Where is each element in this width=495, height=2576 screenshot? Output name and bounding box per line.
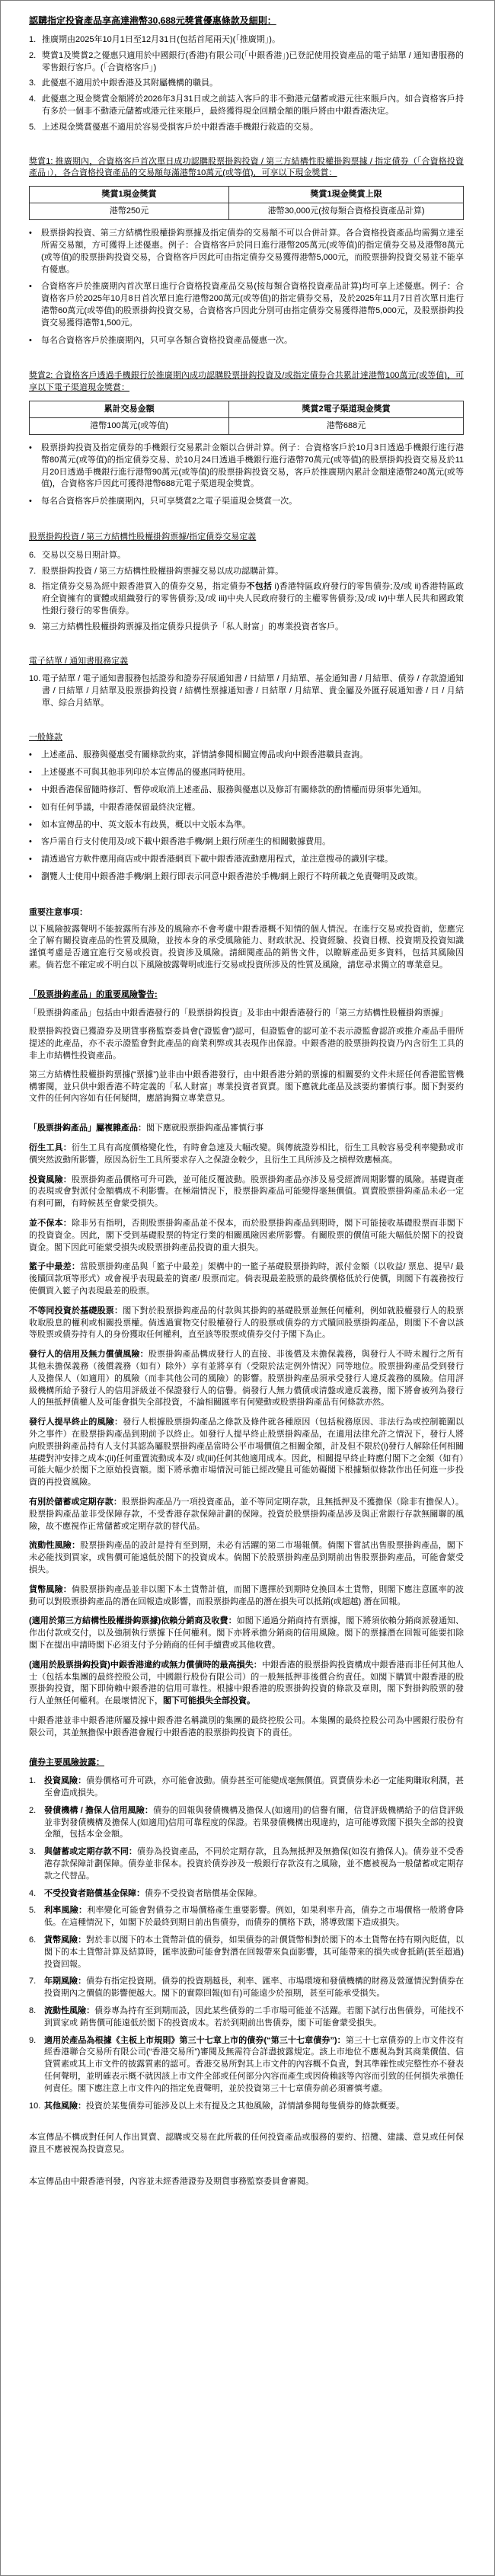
bullet-text: 請透過官方軟件應用商店或中銀香港網頁下載中銀香港流動應用程式，並注意搜尋的識別字…: [41, 854, 464, 866]
term-item-5: 5. 上述現金獎賞優惠不適用於容易受損客戶於中銀香港手機銀行敍造的交易。: [29, 122, 464, 134]
bond-risk-item-1: 1. 投資風險：債券價格可升可跌，亦可能會波動。債券甚至可能變成毫無價值。買賣債…: [29, 1775, 464, 1800]
term-text: 獎賞1及獎賞2之優惠只適用於中國銀行(香港)有限公司(「中銀香港」)已登記使用投…: [42, 50, 464, 75]
bond-risk-text: 投資風險：債券價格可升可跌，亦可能會波動。債券甚至可能變成毫無價值。買賣債券未必…: [44, 1775, 464, 1800]
risk-paragraph-not-same-as-underlying: 不等同投資於基礎股票：閣下對於股票掛鈎產品的付款與其掛鈎的基礎股票並無任何權利，…: [29, 1306, 464, 1341]
reward1-table-header-cell: 獎賞1現金獎賞上限: [229, 187, 464, 203]
risk-label: 流動性風險：: [29, 1541, 80, 1550]
term-number: 4.: [29, 94, 42, 118]
term-number: 3.: [29, 1846, 44, 1882]
elp-risk-paragraphs: 「股票掛鈎產品」屬複雜產品：閣下應就股票掛鈎產品審慎行事 衍生工具：衍生工具有高…: [29, 1123, 464, 1739]
bullet-text: 中銀香港保留隨時修訂、暫停或取消上述產品、服務與優惠以及修訂有關條款的酌情權而毋…: [41, 785, 464, 797]
bond-risk-text: 發債機構 / 擔保人信用風險：債券的回報與發債機構及擔保人(如適用)的信譽有關，…: [44, 1805, 464, 1841]
term-text: 此優惠不適用於中銀香港及其附屬機構的職員。: [42, 78, 464, 90]
risk-text: 衍生工具有高度價格變化性，有時會急速及大幅改變。與傳統證券相比，衍生工具較容易受…: [29, 1143, 464, 1165]
risk-text: 閣下應就股票掛鈎產品審慎行事: [146, 1123, 263, 1133]
general-bullet-8: • 瀏覽人士使用中銀香港手機/網上銀行即表示同意中銀香港於手機/網上銀行不時所載…: [29, 871, 464, 884]
general-conditions-heading: 一般條款: [29, 732, 464, 744]
bullet-icon: •: [29, 854, 41, 866]
bullet-text: 股票掛鈎投資及指定債券的手機銀行交易累計金額以合併計算。例子：合資格客戶於10月…: [41, 443, 464, 491]
bond-risk-item-5: 5. 利率風險：利率變化可能會對債券之市場價格產生重要影響。例如，如果利率升高，…: [29, 1905, 464, 1929]
reward1-table: 獎賞1現金獎賞 獎賞1現金獎賞上限 港幣250元 港幣30,000元(按每類合資…: [29, 186, 464, 220]
elp-warning-paragraph: 「股票掛鈎產品」包括由中銀香港發行的「股票掛鈎投資」及非由中銀香港發行的「第三方…: [29, 1008, 464, 1020]
risk-paragraph-holding-company-note: 中銀香港並非中銀香港所屬及據中銀香港名稱識別的集團的最終控股公司。本集團的最終控…: [29, 1715, 464, 1740]
bond-risk-disclosure-section: 債券主要風險披露： 1. 投資風險：債券價格可升可跌，亦可能會波動。債券甚至可能…: [29, 1757, 464, 2112]
bond-risk-text: 與儲蓄或定期存款不同：債券為投資產品，不同於定期存款，且為無抵押及無擔保(如沒有…: [44, 1846, 464, 1882]
risk-label: 貨幣風險：: [29, 1585, 72, 1594]
important-notes-heading: 重要注意事項：: [29, 907, 464, 919]
document-title: 認購指定投資產品享高達港幣30,688元獎賞優惠條款及細則：: [29, 14, 464, 27]
bond-risk-text: 不受投資者賠償基金保障：債券不受投資者賠償基金保障。: [44, 1888, 464, 1900]
reward1-bullet-1: • 股票掛鈎投資、第三方結構性股權掛鈎票據及指定債券的交易額不可以合併計算。各合…: [29, 228, 464, 276]
term-text: 指定債券交易為經中銀香港買入的債券交易，指定債券不包括 i)香港特區政府發行的零…: [42, 581, 464, 617]
risk-paragraph-issuer-credit-insolvency: 發行人的信用及無力償債風險：股票掛鈎產品構成發行人的直接、非後償及未擔保義務，與…: [29, 1349, 464, 1409]
reward1-heading: 獎賞1: 推廣期內，合資格客戶首次單日成功認購股票掛鈎投資 / 第三方結構性股權…: [29, 156, 464, 181]
risk-paragraph-complex-product: 「股票掛鈎產品」屬複雜產品：閣下應就股票掛鈎產品審慎行事: [29, 1123, 464, 1135]
risk-text: 債券專為持有至到期而設，因此某些債券的二手市場可能並不活躍。若閣下試行出售債券，…: [44, 2006, 464, 2028]
risk-label: (適用於股票掛鈎投資)中銀香港違約或無力償債時的最高損失：: [29, 1660, 262, 1670]
term-number: 5.: [29, 122, 42, 134]
bond-risk-item-7: 7. 年期風險：債券有指定投資期。債券的投資期越長，利率、匯率、市場環境和發債機…: [29, 1976, 464, 2000]
estatement-heading: 電子結單 / 通知書服務定義: [29, 656, 464, 668]
elp-warning-paragraph: 股票掛鈎投資已獲證券及期貨事務監察委員會(“證監會”)認可，但證監會的認可並不表…: [29, 1026, 464, 1062]
term-item-4: 4. 此優惠之現金獎賞金額將於2026年3月31日或之前誌入客戶的非不動港元儲蓄…: [29, 94, 464, 118]
bond-risk-text: 適用於產品為根據《主板上市規則》第三十七章上市的債券(“第三十七章債券”)：第三…: [44, 2035, 464, 2095]
bond-risk-item-4: 4. 不受投資者賠償基金保障：債券不受投資者賠償基金保障。: [29, 1888, 464, 1900]
bullet-text: 合資格客戶於推廣期內首次單日進行合資格投資產品交易(按每類合資格投資產品計算)均…: [41, 281, 464, 329]
term-number: 9.: [29, 2035, 44, 2095]
elp-warning-heading: 「股票掛鈎產品」的重要風險警告:: [29, 989, 464, 1002]
bond-risk-text: 貨幣風險：對於非以閣下的本土貨幣計值的債券，如果債券的計價貨幣相對於閣下的本土貨…: [44, 1935, 464, 1970]
bond-risk-text: 其他風險：投資於某隻債券可能涉及以上未有提及之其他風險，詳情請參閱每隻債券的條款…: [44, 2101, 464, 2113]
definition-item-9: 9. 第三方結構性股權掛鈎票據及指定債券只提供予「私人財富」的專業投資者客戶。: [29, 622, 464, 634]
risk-paragraph-distributor-reliance-fees: (適用於第三方結構性股權掛鈎票據)依賴分銷商及收費：如閣下通過分銷商持有票據，閣…: [29, 1616, 464, 1651]
definition-item-10: 10. 電子結單 / 電子通知書服務包括證券和證券孖展通知書 / 日結單 / 月…: [29, 673, 464, 709]
risk-label: 其他風險：: [44, 2101, 86, 2111]
bond-risk-item-8: 8. 流動性風險：債券專為持有至到期而設，因此某些債券的二手市場可能並不活躍。若…: [29, 2006, 464, 2030]
risk-label: 流動性風險：: [44, 2006, 94, 2015]
risk-label: 發行人的信用及無力償債風險：: [29, 1350, 148, 1359]
risk-text: 股票掛鈎產品的設計是持有至到期，未必有活躍的第二市場報價。倘閣下嘗試出售股票掛鈎…: [29, 1541, 464, 1574]
term-number: 7.: [29, 1976, 44, 2000]
general-bullet-2: • 上述優惠不可與其他非列印於本宣傳品的優惠同時使用。: [29, 767, 464, 779]
bullet-text: 股票掛鈎投資、第三方結構性股權掛鈎票據及指定債券的交易額不可以合併計算。各合資格…: [41, 228, 464, 276]
general-terms-list: 1. 推廣期由2025年10月1日至12月31日(包括首尾兩天)(「推廣期」)。…: [29, 34, 464, 134]
reward1-table-header-row: 獎賞1現金獎賞 獎賞1現金獎賞上限: [30, 187, 464, 203]
term-text: 推廣期由2025年10月1日至12月31日(包括首尾兩天)(「推廣期」)。: [42, 34, 464, 46]
reward2-table-cell: 港幣100萬元(或等值): [30, 417, 229, 434]
reward2-table-cell: 港幣688元: [229, 417, 464, 434]
term-number: 5.: [29, 1905, 44, 1929]
term-number: 7.: [29, 566, 42, 578]
bullet-text: 每名合資格客戶於推廣期內，只可享各類合資格投資產品優惠一次。: [41, 335, 464, 347]
definition-item-8: 8. 指定債券交易為經中銀香港買入的債券交易，指定債券不包括 i)香港特區政府發…: [29, 581, 464, 617]
term-text-bold: 不包括: [247, 582, 273, 591]
risk-label: 籃子中最差：: [29, 1262, 80, 1271]
bullet-text: 客戶需自行支付使用及/或下載中銀香港手機/網上銀行所產生的相關數據費用。: [41, 836, 464, 849]
reward2-bullet-1: • 股票掛鈎投資及指定債券的手機銀行交易累計金額以合併計算。例子：合資格客戶於1…: [29, 443, 464, 491]
term-number: 10.: [29, 673, 42, 709]
reward1-table-cell: 港幣250元: [30, 203, 229, 220]
risk-paragraph-investment-risk: 投資風險：股票掛鈎產品價格可升可跌，並可能反覆波動。股票掛鈎產品亦涉及易受經濟周…: [29, 1175, 464, 1210]
term-number: 2.: [29, 50, 42, 75]
general-bullet-7: • 請透過官方軟件應用商店或中銀香港網頁下載中銀香港流動應用程式，並注意搜尋的識…: [29, 854, 464, 866]
risk-text: 投資於某隻債券可能涉及以上未有提及之其他風險，詳情請參閱每隻債券的條款概要。: [86, 2101, 404, 2111]
term-number: 10.: [29, 2101, 44, 2113]
bullet-text: 上述產品、服務與優惠受有關條款約束，詳情請參閱相關宣傳品或向中銀香港職員查詢。: [41, 749, 464, 762]
bond-risk-item-6: 6. 貨幣風險：對於非以閣下的本土貨幣計值的債券，如果債券的計價貨幣相對於閣下的…: [29, 1935, 464, 1970]
risk-label: 發行人提早終止的風險：: [29, 1417, 123, 1427]
term-number: 6.: [29, 1935, 44, 1970]
bond-risk-text: 年期風險：債券有指定投資期。債券的投資期越長，利率、匯率、市場環境和發債機構的財…: [44, 1976, 464, 2000]
risk-label: 發債機構 / 擔保人信用風險：: [44, 1806, 153, 1815]
elp-risk-warning-section: 「股票掛鈎產品」的重要風險警告: 「股票掛鈎產品」包括由中銀香港發行的「股票掛鈎…: [29, 989, 464, 1105]
risk-text: 債券有指定投資期。債券的投資期越長，利率、匯率、市場環境和發債機構的財務及營運情…: [44, 1977, 464, 1998]
term-number: 1.: [29, 34, 42, 46]
term-item-2: 2. 獎賞1及獎賞2之優惠只適用於中國銀行(香港)有限公司(「中銀香港」)已登記…: [29, 50, 464, 75]
general-bullet-5: • 如本宣傳品的中、英文版本有歧異，概以中文版本為準。: [29, 820, 464, 832]
definition-item-6: 6. 交易以交易日期計算。: [29, 550, 464, 562]
risk-label: 並不保本：: [29, 1219, 72, 1228]
bond-risk-heading: 債券主要風險披露：: [29, 1757, 464, 1769]
term-text: 電子結單 / 電子通知書服務包括證券和證券孖展通知書 / 日結單 / 月結單、基…: [42, 673, 464, 709]
term-number: 3.: [29, 78, 42, 90]
risk-label: 適用於產品為根據《主板上市規則》第三十七章上市的債券(“第三十七章債券”)：: [44, 2036, 346, 2045]
bullet-icon: •: [29, 281, 41, 329]
general-bullet-6: • 客戶需自行支付使用及/或下載中銀香港手機/網上銀行所產生的相關數據費用。: [29, 836, 464, 849]
risk-paragraph-not-principal-protected: 並不保本：除非另有指明，否則股票掛鈎產品並不保本，而於股票掛鈎產品到期時，閣下可…: [29, 1218, 464, 1254]
risk-label: 不等同投資於基礎股票：: [29, 1306, 123, 1315]
risk-paragraph-early-termination: 發行人提早終止的風險：發行人根據股票掛鈎產品之條款及條件就各種原因（包括稅務原因…: [29, 1417, 464, 1489]
term-text: 股票掛鈎投資 / 第三方結構性股權掛鈎票據交易以成功認購計算。: [42, 566, 464, 578]
bullet-text: 如本宣傳品的中、英文版本有歧異，概以中文版本為準。: [41, 820, 464, 832]
general-conditions-section: 一般條款 • 上述產品、服務與優惠受有關條款約束，詳情請參閱相關宣傳品或向中銀香…: [29, 732, 464, 884]
terms-document-page: 認購指定投資產品享高達港幣30,688元獎賞優惠條款及細則： 1. 推廣期由20…: [0, 0, 495, 2576]
risk-text: 除非另有指明，否則股票掛鈎產品並不保本，而於股票掛鈎產品到期時，閣下可能接收基礎…: [29, 1219, 464, 1252]
risk-text: 中銀香港並非中銀香港所屬及據中銀香港名稱識別的集團的最終控股公司。本集團的最終控…: [29, 1716, 464, 1737]
risk-text-bold-tail: 閣下可能損失全部投資。: [163, 1696, 255, 1705]
bullet-icon: •: [29, 802, 41, 814]
reward1-table-data-row: 港幣250元 港幣30,000元(按每類合資格投資產品計算): [30, 203, 464, 220]
term-item-1: 1. 推廣期由2025年10月1日至12月31日(包括首尾兩天)(「推廣期」)。: [29, 34, 464, 46]
bullet-icon: •: [29, 749, 41, 762]
risk-label: 「股票掛鈎產品」屬複雜產品：: [29, 1123, 146, 1133]
term-text: 此優惠之現金獎賞金額將於2026年3月31日或之前誌入客戶的非不動港元儲蓄或港元…: [42, 94, 464, 118]
term-text-pre: 指定債券交易為經中銀香港買入的債券交易，指定債券: [42, 582, 247, 591]
risk-label: 貨幣風險：: [44, 1935, 86, 1945]
risk-label: (適用於第三方結構性股權掛鈎票據)依賴分銷商及收費：: [29, 1616, 237, 1625]
bullet-icon: •: [29, 820, 41, 832]
disclaimer-no-offer: 本宣傳品不構成對任何人作出買賣、認購或交易在此所載的任何投資產品或服務的要約、招…: [29, 2132, 464, 2156]
risk-text: 當股票掛鈎產品與「籃子中最差」架構中的一籃子基礎股票掛鈎時，派付金額（以收益/ …: [29, 1262, 464, 1296]
term-text: 上述現金獎賞優惠不適用於容易受損客戶於中銀香港手機銀行敍造的交易。: [42, 122, 464, 134]
risk-paragraph-not-time-deposit: 有別於儲蓄或定期存款：股票掛鈎產品乃一項投資產品，並不等同定期存款，且無抵押及不…: [29, 1497, 464, 1532]
risk-label: 年期風險：: [44, 1977, 86, 1986]
risk-text: 對於非以閣下的本土貨幣計值的債券，如果債券的計價貨幣相對於閣下的本土貨幣在持有期…: [44, 1935, 464, 1969]
term-number: 8.: [29, 2006, 44, 2030]
term-text: 第三方結構性股權掛鈎票據及指定債券只提供予「私人財富」的專業投資者客戶。: [42, 622, 464, 634]
bullet-text: 上述優惠不可與其他非列印於本宣傳品的優惠同時使用。: [41, 767, 464, 779]
risk-label: 投資風險：: [29, 1175, 72, 1184]
risk-label: 投資風險：: [44, 1776, 86, 1785]
bullet-icon: •: [29, 767, 41, 779]
reward1-bullet-3: • 每名合資格客戶於推廣期內，只可享各類合資格投資產品優惠一次。: [29, 335, 464, 347]
bullet-icon: •: [29, 871, 41, 884]
transaction-definitions-section: 股票掛鈎投資 / 第三方結構性股權掛鈎票據/指定債券交易定義 6. 交易以交易日…: [29, 532, 464, 634]
general-bullet-4: • 如有任何爭議，中銀香港保留最終決定權。: [29, 802, 464, 814]
bullet-text: 瀏覽人士使用中銀香港手機/網上銀行即表示同意中銀香港於手機/網上銀行不時所載之免…: [41, 871, 464, 884]
reward2-table-header-cell: 獎賞2電子渠道現金獎賞: [229, 401, 464, 417]
general-bullet-1: • 上述產品、服務與優惠受有關條款約束，詳情請參閱相關宣傳品或向中銀香港職員查詢…: [29, 749, 464, 762]
reward2-table-header-row: 累計交易金額 獎賞2電子渠道現金獎賞: [30, 401, 464, 417]
bullet-icon: •: [29, 443, 41, 491]
risk-paragraph-derivatives: 衍生工具：衍生工具有高度價格變化性，有時會急速及大幅改變。與傳統證券相比，衍生工…: [29, 1143, 464, 1167]
reward1-section: 獎賞1: 推廣期內，合資格客戶首次單日成功認購股票掛鈎投資 / 第三方結構性股權…: [29, 156, 464, 347]
risk-label: 與儲蓄或定期存款不同：: [44, 1847, 137, 1856]
bullet-icon: •: [29, 335, 41, 347]
risk-paragraph-currency-risk: 貨幣風險：倘股票掛鈎產品並非以閣下本土貨幣計值，而閣下選擇於到期時兌換回本土貨幣…: [29, 1584, 464, 1609]
risk-paragraph-liquidity-risk: 流動性風險：股票掛鈎產品的設計是持有至到期，未必有活躍的第二市場報價。倘閣下嘗試…: [29, 1540, 464, 1576]
bullet-text: 每名合資格客戶於推廣期內，只可享獎賞2之電子渠道現金獎賞一次。: [41, 496, 464, 508]
term-number: 4.: [29, 1888, 44, 1900]
bullet-icon: •: [29, 785, 41, 797]
bond-risk-item-2: 2. 發債機構 / 擔保人信用風險：債券的回報與發債機構及擔保人(如適用)的信譽…: [29, 1805, 464, 1841]
term-number: 2.: [29, 1805, 44, 1841]
risk-text: 發行人根據股票掛鈎產品之條款及條件就各種原因（包括稅務原因、非法行為或控制範圍以…: [29, 1417, 464, 1487]
disclaimer-not-reviewed-sfc: 本宣傳品由中銀香港刊發，內容並未經香港證券及期貨事務監察委員會審閱。: [29, 2176, 464, 2188]
risk-text: 倘股票掛鈎產品並非以閣下本土貨幣計值，而閣下選擇於到期時兌換回本土貨幣，則閣下應…: [29, 1585, 464, 1606]
risk-text: 債券價格可升可跌，亦可能會波動。債券甚至可能變成毫無價值。買賣債券未必一定能夠賺…: [44, 1776, 464, 1798]
term-number: 1.: [29, 1775, 44, 1800]
risk-paragraph-max-loss-bochk-default: (適用於股票掛鈎投資)中銀香港違約或無力償債時的最高損失：中銀香港的股票掛鈎投資…: [29, 1660, 464, 1708]
important-notes-body: 以下風險披露聲明不能披露所有涉及的風險亦不會考慮中銀香港概不知情的個人情況。在進…: [29, 924, 464, 972]
bond-risk-text: 利率風險：利率變化可能會對債券之市場價格產生重要影響。例如，如果利率升高，債券之…: [44, 1905, 464, 1929]
term-item-3: 3. 此優惠不適用於中銀香港及其附屬機構的職員。: [29, 78, 464, 90]
bond-risk-item-10: 10. 其他風險：投資於某隻債券可能涉及以上未有提及之其他風險，詳情請參閱每隻債…: [29, 2101, 464, 2113]
bullet-icon: •: [29, 496, 41, 508]
term-number: 9.: [29, 622, 42, 634]
bullet-icon: •: [29, 836, 41, 849]
bond-risk-item-9: 9. 適用於產品為根據《主板上市規則》第三十七章上市的債券(“第三十七章債券”)…: [29, 2035, 464, 2095]
risk-paragraph-worst-of-basket: 籃子中最差：當股票掛鈎產品與「籃子中最差」架構中的一籃子基礎股票掛鈎時，派付金額…: [29, 1261, 464, 1297]
term-text: 交易以交易日期計算。: [42, 550, 464, 562]
definitions-heading: 股票掛鈎投資 / 第三方結構性股權掛鈎票據/指定債券交易定義: [29, 532, 464, 544]
reward2-table-header-cell: 累計交易金額: [30, 401, 229, 417]
reward2-heading: 獎賞2: 合資格客戶透過手機銀行於推廣期內成功認購股票掛鈎投資及/或指定債券合共…: [29, 370, 464, 395]
risk-label: 衍生工具：: [29, 1143, 72, 1152]
reward2-table: 累計交易金額 獎賞2電子渠道現金獎賞 港幣100萬元(或等值) 港幣688元: [29, 401, 464, 435]
risk-label: 有別於儲蓄或定期存款：: [29, 1497, 122, 1507]
bond-risk-text: 流動性風險：債券專為持有至到期而設，因此某些債券的二手市場可能並不活躍。若閣下試…: [44, 2006, 464, 2030]
estatement-definitions-section: 電子結單 / 通知書服務定義 10. 電子結單 / 電子通知書服務包括證券和證券…: [29, 656, 464, 710]
reward2-section: 獎賞2: 合資格客戶透過手機銀行於推廣期內成功認購股票掛鈎投資及/或指定債券合共…: [29, 370, 464, 508]
elp-warning-paragraph: 第三方結構性股權掛鈎票據(“票據”)並非由中銀香港發行，由中銀香港分銷的票據的相…: [29, 1069, 464, 1105]
risk-text: 股票掛鈎產品價格可升可跌，並可能反覆波動。股票掛鈎產品亦涉及易受經濟周期影響的風…: [29, 1175, 464, 1209]
risk-label: 不受投資者賠償基金保障：: [44, 1889, 145, 1898]
bullet-text: 如有任何爭議，中銀香港保留最終決定權。: [41, 802, 464, 814]
bond-risk-item-3: 3. 與儲蓄或定期存款不同：債券為投資產品，不同於定期存款，且為無抵押及無擔保(…: [29, 1846, 464, 1882]
reward2-bullet-2: • 每名合資格客戶於推廣期內，只可享獎賞2之電子渠道現金獎賞一次。: [29, 496, 464, 508]
term-number: 8.: [29, 581, 42, 617]
important-notes-section: 重要注意事項： 以下風險披露聲明不能披露所有涉及的風險亦不會考慮中銀香港概不知情…: [29, 907, 464, 972]
general-bullet-3: • 中銀香港保留隨時修訂、暫停或取消上述產品、服務與優惠以及修訂有關條款的酌情權…: [29, 785, 464, 797]
reward1-table-header-cell: 獎賞1現金獎賞: [30, 187, 229, 203]
definition-item-7: 7. 股票掛鈎投資 / 第三方結構性股權掛鈎票據交易以成功認購計算。: [29, 566, 464, 578]
reward2-table-data-row: 港幣100萬元(或等值) 港幣688元: [30, 417, 464, 434]
bullet-icon: •: [29, 228, 41, 276]
term-number: 6.: [29, 550, 42, 562]
risk-text: 債券不受投資者賠償基金保障。: [145, 1889, 262, 1898]
reward1-table-cell: 港幣30,000元(按每類合資格投資產品計算): [229, 203, 464, 220]
risk-text: 利率變化可能會對債券之市場價格產生重要影響。例如，如果利率升高，債券之市場價格一…: [44, 1906, 464, 1927]
reward1-bullet-2: • 合資格客戶於推廣期內首次單日進行合資格投資產品交易(按每類合資格投資產品計算…: [29, 281, 464, 329]
risk-label: 利率風險：: [44, 1906, 87, 1915]
